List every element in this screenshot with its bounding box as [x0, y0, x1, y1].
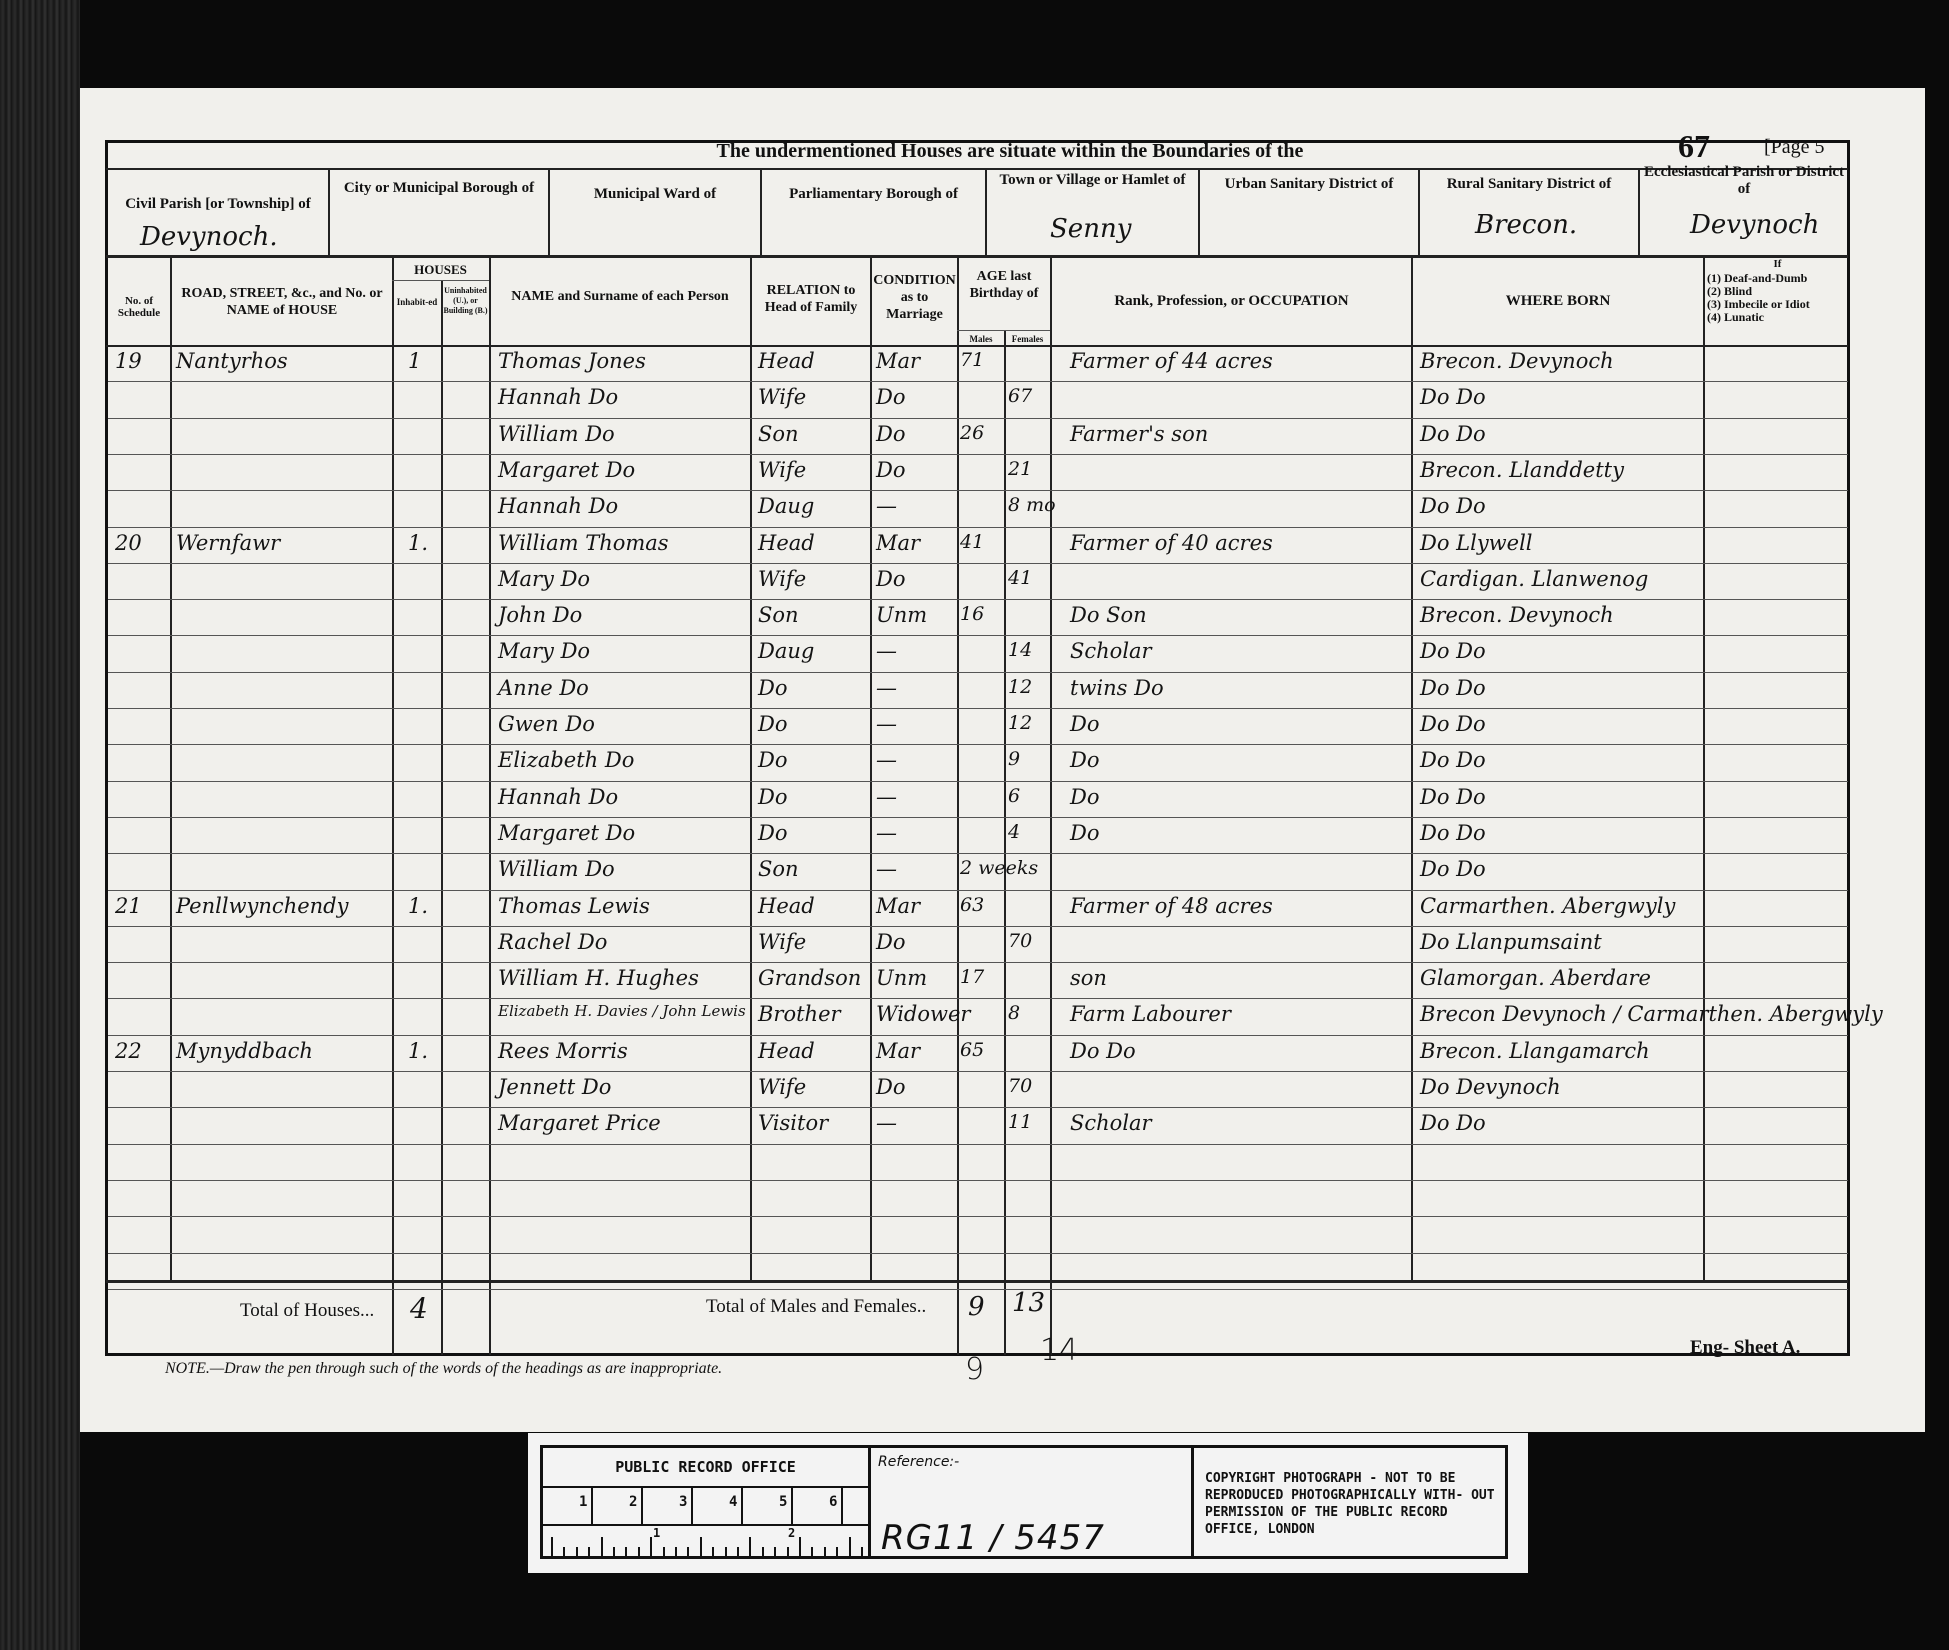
total-persons-label: Total of Males and Females.. — [706, 1296, 926, 1318]
divider — [870, 255, 872, 1280]
col-males: Males — [958, 333, 1004, 345]
row-line — [108, 998, 1848, 999]
admin-value-eccl: Devynoch — [1690, 210, 1819, 240]
row-occupation: Farmer of 48 acres — [1070, 894, 1273, 918]
row-where-born: Brecon. Devynoch — [1420, 603, 1614, 627]
ruler-tick — [613, 1547, 615, 1559]
row-condition: — — [876, 821, 897, 845]
row-age-male: 2 weeks — [960, 857, 1038, 879]
ruler-tick — [749, 1537, 751, 1559]
row-schedule: 22 — [115, 1039, 142, 1063]
row-condition: Mar — [876, 894, 920, 918]
row-relation: Head — [758, 531, 815, 555]
row-occupation: Do — [1070, 748, 1099, 772]
divider — [750, 255, 752, 1280]
margin-males-total: 9 — [965, 1352, 984, 1387]
row-occupation: Do Son — [1070, 603, 1147, 627]
row-condition: Widower — [876, 1002, 970, 1026]
row-line — [108, 563, 1848, 564]
sheet-label: Eng- Sheet A. — [1690, 1337, 1800, 1359]
ruler-tick — [591, 1486, 593, 1524]
row-line — [108, 744, 1848, 745]
ruler-tick — [799, 1537, 801, 1559]
col-houses: HOUSES — [392, 264, 489, 276]
row-where-born: Do Llanpumsaint — [1420, 930, 1602, 954]
row-where-born: Cardigan. Llanwenog — [1420, 567, 1648, 591]
row-age-female: 8 mo — [1008, 494, 1056, 516]
admin-value-civil-parish: Devynoch. — [140, 222, 278, 252]
ruler-number: 2 — [629, 1494, 637, 1510]
ruler-tick — [762, 1547, 764, 1559]
row-person-name: William Thomas — [498, 531, 669, 555]
row-occupation: Do — [1070, 821, 1099, 845]
ruler-number: 5 — [779, 1494, 787, 1510]
ruler-tick — [650, 1537, 652, 1559]
row-line — [108, 418, 1848, 419]
divider — [957, 330, 1050, 331]
divider — [1703, 255, 1705, 1280]
col-inhabited: Inhabit-ed — [393, 296, 441, 308]
infirmity-lunatic: (4) Lunatic — [1707, 311, 1852, 324]
row-age-female: 67 — [1008, 385, 1032, 407]
ruler-tick — [601, 1537, 603, 1559]
row-where-born: Do Devynoch — [1420, 1075, 1561, 1099]
col-relation: RELATION to Head of Family — [752, 282, 870, 316]
admin-value-rural: Brecon. — [1475, 210, 1577, 240]
row-person-name: Elizabeth Do — [498, 748, 634, 772]
row-condition: Unm — [876, 966, 927, 990]
col-name: NAME and Surname of each Person — [495, 288, 745, 305]
admin-label-urban: Urban Sanitary District of — [1200, 176, 1418, 193]
row-relation: Do — [758, 712, 787, 736]
ruler-tick — [811, 1547, 813, 1559]
row-line — [108, 890, 1848, 891]
row-age-female: 6 — [1008, 785, 1020, 807]
reference-value: RG11 / 5457 — [881, 1518, 1105, 1558]
ruler-tick — [700, 1537, 702, 1559]
ruler-tick — [563, 1547, 565, 1559]
ruler-number: 6 — [829, 1494, 837, 1510]
total-males: 9 — [968, 1292, 985, 1322]
row-inhabited: 1. — [408, 1039, 428, 1063]
row-age-male: 26 — [960, 422, 984, 444]
row-line — [108, 490, 1848, 491]
row-age-female: 8 — [1008, 1002, 1020, 1024]
divider — [106, 1280, 1848, 1283]
row-where-born: Do Llywell — [1420, 531, 1533, 555]
col-females: Females — [1005, 333, 1050, 345]
row-where-born: Brecon. Llanddetty — [1420, 458, 1624, 482]
divider — [170, 255, 172, 1280]
row-relation: Grandson — [758, 966, 861, 990]
row-condition: Do — [876, 567, 905, 591]
ruler-tick — [861, 1547, 863, 1559]
admin-label-rural: Rural Sanitary District of — [1420, 176, 1638, 193]
row-condition: — — [876, 639, 897, 663]
row-age-female: 21 — [1008, 458, 1032, 480]
divider — [392, 255, 394, 1355]
row-occupation: Do — [1070, 712, 1099, 736]
total-females: 13 — [1012, 1288, 1045, 1318]
row-line — [108, 1144, 1848, 1145]
row-age-female: 4 — [1008, 821, 1020, 843]
ruler-tick — [741, 1486, 743, 1524]
row-person-name: Jennett Do — [498, 1075, 611, 1099]
row-house-name: Penllwynchendy — [176, 894, 348, 918]
row-condition: Do — [876, 930, 905, 954]
row-occupation: Farmer of 40 acres — [1070, 531, 1273, 555]
row-condition: Do — [876, 385, 905, 409]
ruler-tick — [774, 1547, 776, 1559]
col-schedule: No. of Schedule — [108, 295, 170, 319]
row-where-born: Glamorgan. Aberdare — [1420, 966, 1651, 990]
row-condition: — — [876, 712, 897, 736]
row-age-male: 17 — [960, 966, 984, 988]
divider — [106, 255, 1848, 258]
ruler-tick — [625, 1547, 627, 1559]
divider — [106, 345, 1848, 347]
row-condition: Do — [876, 458, 905, 482]
census-form — [105, 140, 1850, 1356]
ruler-tick — [725, 1547, 727, 1559]
row-relation: Wife — [758, 930, 806, 954]
row-relation: Head — [758, 349, 815, 373]
ruler-inch: 12 — [543, 1524, 871, 1559]
admin-label-civil-parish: Civil Parish [or Township] of — [108, 196, 328, 213]
row-line — [108, 708, 1848, 709]
row-relation: Do — [758, 821, 787, 845]
row-person-name: Mary Do — [498, 567, 590, 591]
row-inhabited: 1 — [408, 349, 421, 373]
row-line — [108, 817, 1848, 818]
ruler-number: 2 — [788, 1526, 795, 1540]
row-occupation: Scholar — [1070, 639, 1152, 663]
row-schedule: 19 — [115, 349, 142, 373]
divider — [106, 168, 1848, 170]
divider — [392, 280, 489, 281]
page-number: [Page 5 — [1764, 136, 1825, 159]
row-relation: Wife — [758, 1075, 806, 1099]
row-line — [108, 1035, 1848, 1036]
row-condition: — — [876, 748, 897, 772]
row-where-born: Do Do — [1420, 748, 1486, 772]
divider — [760, 168, 762, 255]
pro-label: PUBLIC RECORD OFFICE 123456 12 Reference… — [528, 1433, 1528, 1573]
total-houses-label: Total of Houses... — [240, 1300, 374, 1322]
row-person-name: Rees Morris — [498, 1039, 628, 1063]
row-person-name: Margaret Do — [498, 458, 635, 482]
admin-label-town: Town or Village or Hamlet of — [987, 172, 1198, 189]
row-line — [108, 527, 1848, 528]
row-age-male: 16 — [960, 603, 984, 625]
row-line — [108, 1180, 1848, 1181]
row-where-born: Do Do — [1420, 785, 1486, 809]
total-houses-value: 4 — [410, 1292, 428, 1325]
row-relation: Do — [758, 676, 787, 700]
row-where-born: Do Do — [1420, 422, 1486, 446]
row-line — [108, 381, 1848, 382]
row-person-name: Elizabeth H. Davies / John Lewis — [498, 1002, 746, 1020]
row-occupation: Farm Labourer — [1070, 1002, 1231, 1026]
row-where-born: Do Do — [1420, 857, 1486, 881]
ruler-tick — [551, 1537, 553, 1559]
row-schedule: 21 — [115, 894, 142, 918]
row-occupation: twins Do — [1070, 676, 1164, 700]
ruler-tick — [836, 1547, 838, 1559]
col-infirmity-if: If — [1705, 258, 1850, 270]
ruler-tick — [663, 1547, 665, 1559]
row-relation: Wife — [758, 567, 806, 591]
row-condition: — — [876, 857, 897, 881]
ruler-tick — [675, 1547, 677, 1559]
folio-number: 67 — [1678, 128, 1710, 165]
row-relation: Son — [758, 857, 799, 881]
ruler-cm: 123456 — [543, 1486, 871, 1526]
banner: The undermentioned Houses are situate wi… — [600, 143, 1420, 160]
row-age-female: 41 — [1008, 567, 1032, 589]
row-person-name: Margaret Do — [498, 821, 635, 845]
row-relation: Brother — [758, 1002, 841, 1026]
row-where-born: Do Do — [1420, 494, 1486, 518]
row-age-female: 70 — [1008, 930, 1032, 952]
ruler-number: 1 — [653, 1526, 660, 1540]
row-condition: — — [876, 1111, 897, 1135]
row-occupation: Do Do — [1070, 1039, 1136, 1063]
row-occupation: Farmer's son — [1070, 422, 1208, 446]
row-relation: Head — [758, 1039, 815, 1063]
row-where-born: Carmarthen. Abergwyly — [1420, 894, 1675, 918]
ruler-tick — [638, 1547, 640, 1559]
row-condition: — — [876, 785, 897, 809]
admin-value-town: Senny — [1050, 214, 1131, 244]
row-line — [108, 1107, 1848, 1108]
row-condition: — — [876, 676, 897, 700]
row-person-name: Anne Do — [498, 676, 589, 700]
row-age-female: 12 — [1008, 676, 1032, 698]
row-person-name: Hannah Do — [498, 785, 618, 809]
row-line — [108, 926, 1848, 927]
row-relation: Head — [758, 894, 815, 918]
row-schedule: 20 — [115, 531, 142, 555]
row-line — [108, 1253, 1848, 1254]
divider — [1411, 255, 1413, 1280]
row-relation: Son — [758, 603, 799, 627]
row-relation: Daug — [758, 639, 814, 663]
row-condition: Mar — [876, 1039, 920, 1063]
row-person-name: Thomas Jones — [498, 349, 646, 373]
divider — [548, 168, 550, 255]
row-inhabited: 1. — [408, 531, 428, 555]
row-condition: Mar — [876, 531, 920, 555]
book-binding — [0, 0, 80, 1650]
row-person-name: Gwen Do — [498, 712, 595, 736]
row-where-born: Do Do — [1420, 385, 1486, 409]
row-where-born: Brecon. Llangamarch — [1420, 1039, 1650, 1063]
row-condition: Unm — [876, 603, 927, 627]
row-person-name: Margaret Price — [498, 1111, 661, 1135]
row-where-born: Do Do — [1420, 676, 1486, 700]
row-line — [108, 781, 1848, 782]
row-occupation: Do — [1070, 785, 1099, 809]
row-line — [108, 672, 1848, 673]
row-line — [108, 454, 1848, 455]
pro-office: PUBLIC RECORD OFFICE — [543, 1448, 871, 1488]
admin-label-city: City or Municipal Borough of — [330, 180, 548, 197]
row-line — [108, 599, 1848, 600]
ruler-tick — [687, 1547, 689, 1559]
row-relation: Wife — [758, 458, 806, 482]
row-relation: Wife — [758, 385, 806, 409]
admin-label-eccl: Ecclesiastical Parish or District of — [1640, 164, 1848, 198]
pro-label-frame: PUBLIC RECORD OFFICE 123456 12 Reference… — [540, 1445, 1508, 1559]
row-person-name: William H. Hughes — [498, 966, 699, 990]
col-infirmity: (1) Deaf-and-Dumb (2) Blind (3) Imbecile… — [1707, 272, 1852, 324]
margin-females-total: 14 — [1040, 1333, 1078, 1368]
col-condition: CONDITION as to Marriage — [872, 272, 957, 323]
row-person-name: Thomas Lewis — [498, 894, 650, 918]
row-person-name: Hannah Do — [498, 494, 618, 518]
row-condition: Do — [876, 1075, 905, 1099]
row-person-name: Mary Do — [498, 639, 590, 663]
row-condition: Do — [876, 422, 905, 446]
ruler-tick — [824, 1547, 826, 1559]
admin-label-parl-borough: Parliamentary Borough of — [762, 186, 985, 203]
row-relation: Son — [758, 422, 799, 446]
row-person-name: John Do — [498, 603, 582, 627]
ruler-tick — [787, 1547, 789, 1559]
row-where-born: Do Do — [1420, 712, 1486, 736]
row-occupation: son — [1070, 966, 1107, 990]
row-age-female: 11 — [1008, 1111, 1032, 1133]
ruler-tick — [576, 1547, 578, 1559]
ruler-tick — [712, 1547, 714, 1559]
note: NOTE.—Draw the pen through such of the w… — [165, 1360, 722, 1378]
row-relation: Visitor — [758, 1111, 828, 1135]
ruler-tick — [737, 1547, 739, 1559]
row-person-name: William Do — [498, 422, 615, 446]
row-age-female: 12 — [1008, 712, 1032, 734]
row-age-female: 70 — [1008, 1075, 1032, 1097]
row-where-born: Brecon. Devynoch — [1420, 349, 1614, 373]
row-age-male: 71 — [960, 349, 984, 371]
col-where-born: WHERE BORN — [1413, 293, 1703, 310]
row-age-male: 41 — [960, 531, 984, 553]
row-age-female: 9 — [1008, 748, 1020, 770]
ruler-tick — [691, 1486, 693, 1524]
row-line — [108, 853, 1848, 854]
row-relation: Daug — [758, 494, 814, 518]
row-where-born: Do Do — [1420, 639, 1486, 663]
row-line — [108, 1289, 1848, 1290]
row-condition: — — [876, 494, 897, 518]
row-person-name: Rachel Do — [498, 930, 607, 954]
reference-label: Reference:- — [878, 1454, 959, 1470]
admin-label-ward: Municipal Ward of — [550, 186, 760, 203]
copyright-notice: COPYRIGHT PHOTOGRAPH - NOT TO BE REPRODU… — [1205, 1470, 1495, 1538]
ruler-tick — [641, 1486, 643, 1524]
row-line — [108, 1071, 1848, 1072]
col-uninhabited: Uninhabited (U.), or Building (B.) — [442, 286, 489, 316]
row-person-name: Hannah Do — [498, 385, 618, 409]
row-where-born: Do Do — [1420, 1111, 1486, 1135]
row-relation: Do — [758, 748, 787, 772]
row-house-name: Nantyrhos — [176, 349, 288, 373]
ruler-tick — [588, 1547, 590, 1559]
ruler-tick — [849, 1537, 851, 1559]
row-occupation: Farmer of 44 acres — [1070, 349, 1273, 373]
ruler-number: 4 — [729, 1494, 737, 1510]
col-occupation: Rank, Profession, or OCCUPATION — [1052, 293, 1411, 310]
ruler-tick — [841, 1486, 843, 1524]
row-condition: Mar — [876, 349, 920, 373]
ruler-tick — [791, 1486, 793, 1524]
col-road: ROAD, STREET, &c., and No. or NAME of HO… — [172, 285, 392, 319]
row-relation: Do — [758, 785, 787, 809]
row-occupation: Scholar — [1070, 1111, 1152, 1135]
row-age-female: 14 — [1008, 639, 1032, 661]
row-house-name: Mynyddbach — [176, 1039, 313, 1063]
divider — [489, 255, 491, 1355]
row-line — [108, 962, 1848, 963]
row-line — [108, 1216, 1848, 1217]
row-where-born: Do Do — [1420, 821, 1486, 845]
ruler-number: 3 — [679, 1494, 687, 1510]
row-line — [108, 635, 1848, 636]
divider — [1004, 330, 1006, 1355]
row-age-male: 65 — [960, 1039, 984, 1061]
divider — [957, 255, 959, 1355]
divider — [1191, 1448, 1194, 1559]
row-age-male: 63 — [960, 894, 984, 916]
row-where-born: Brecon Devynoch / Carmarthen. Abergwyly — [1420, 1002, 1883, 1026]
divider — [1050, 255, 1052, 1355]
ruler-number: 1 — [579, 1494, 587, 1510]
row-inhabited: 1. — [408, 894, 428, 918]
col-age: AGE last Birthday of — [958, 268, 1050, 302]
row-house-name: Wernfawr — [176, 531, 280, 555]
row-person-name: William Do — [498, 857, 615, 881]
